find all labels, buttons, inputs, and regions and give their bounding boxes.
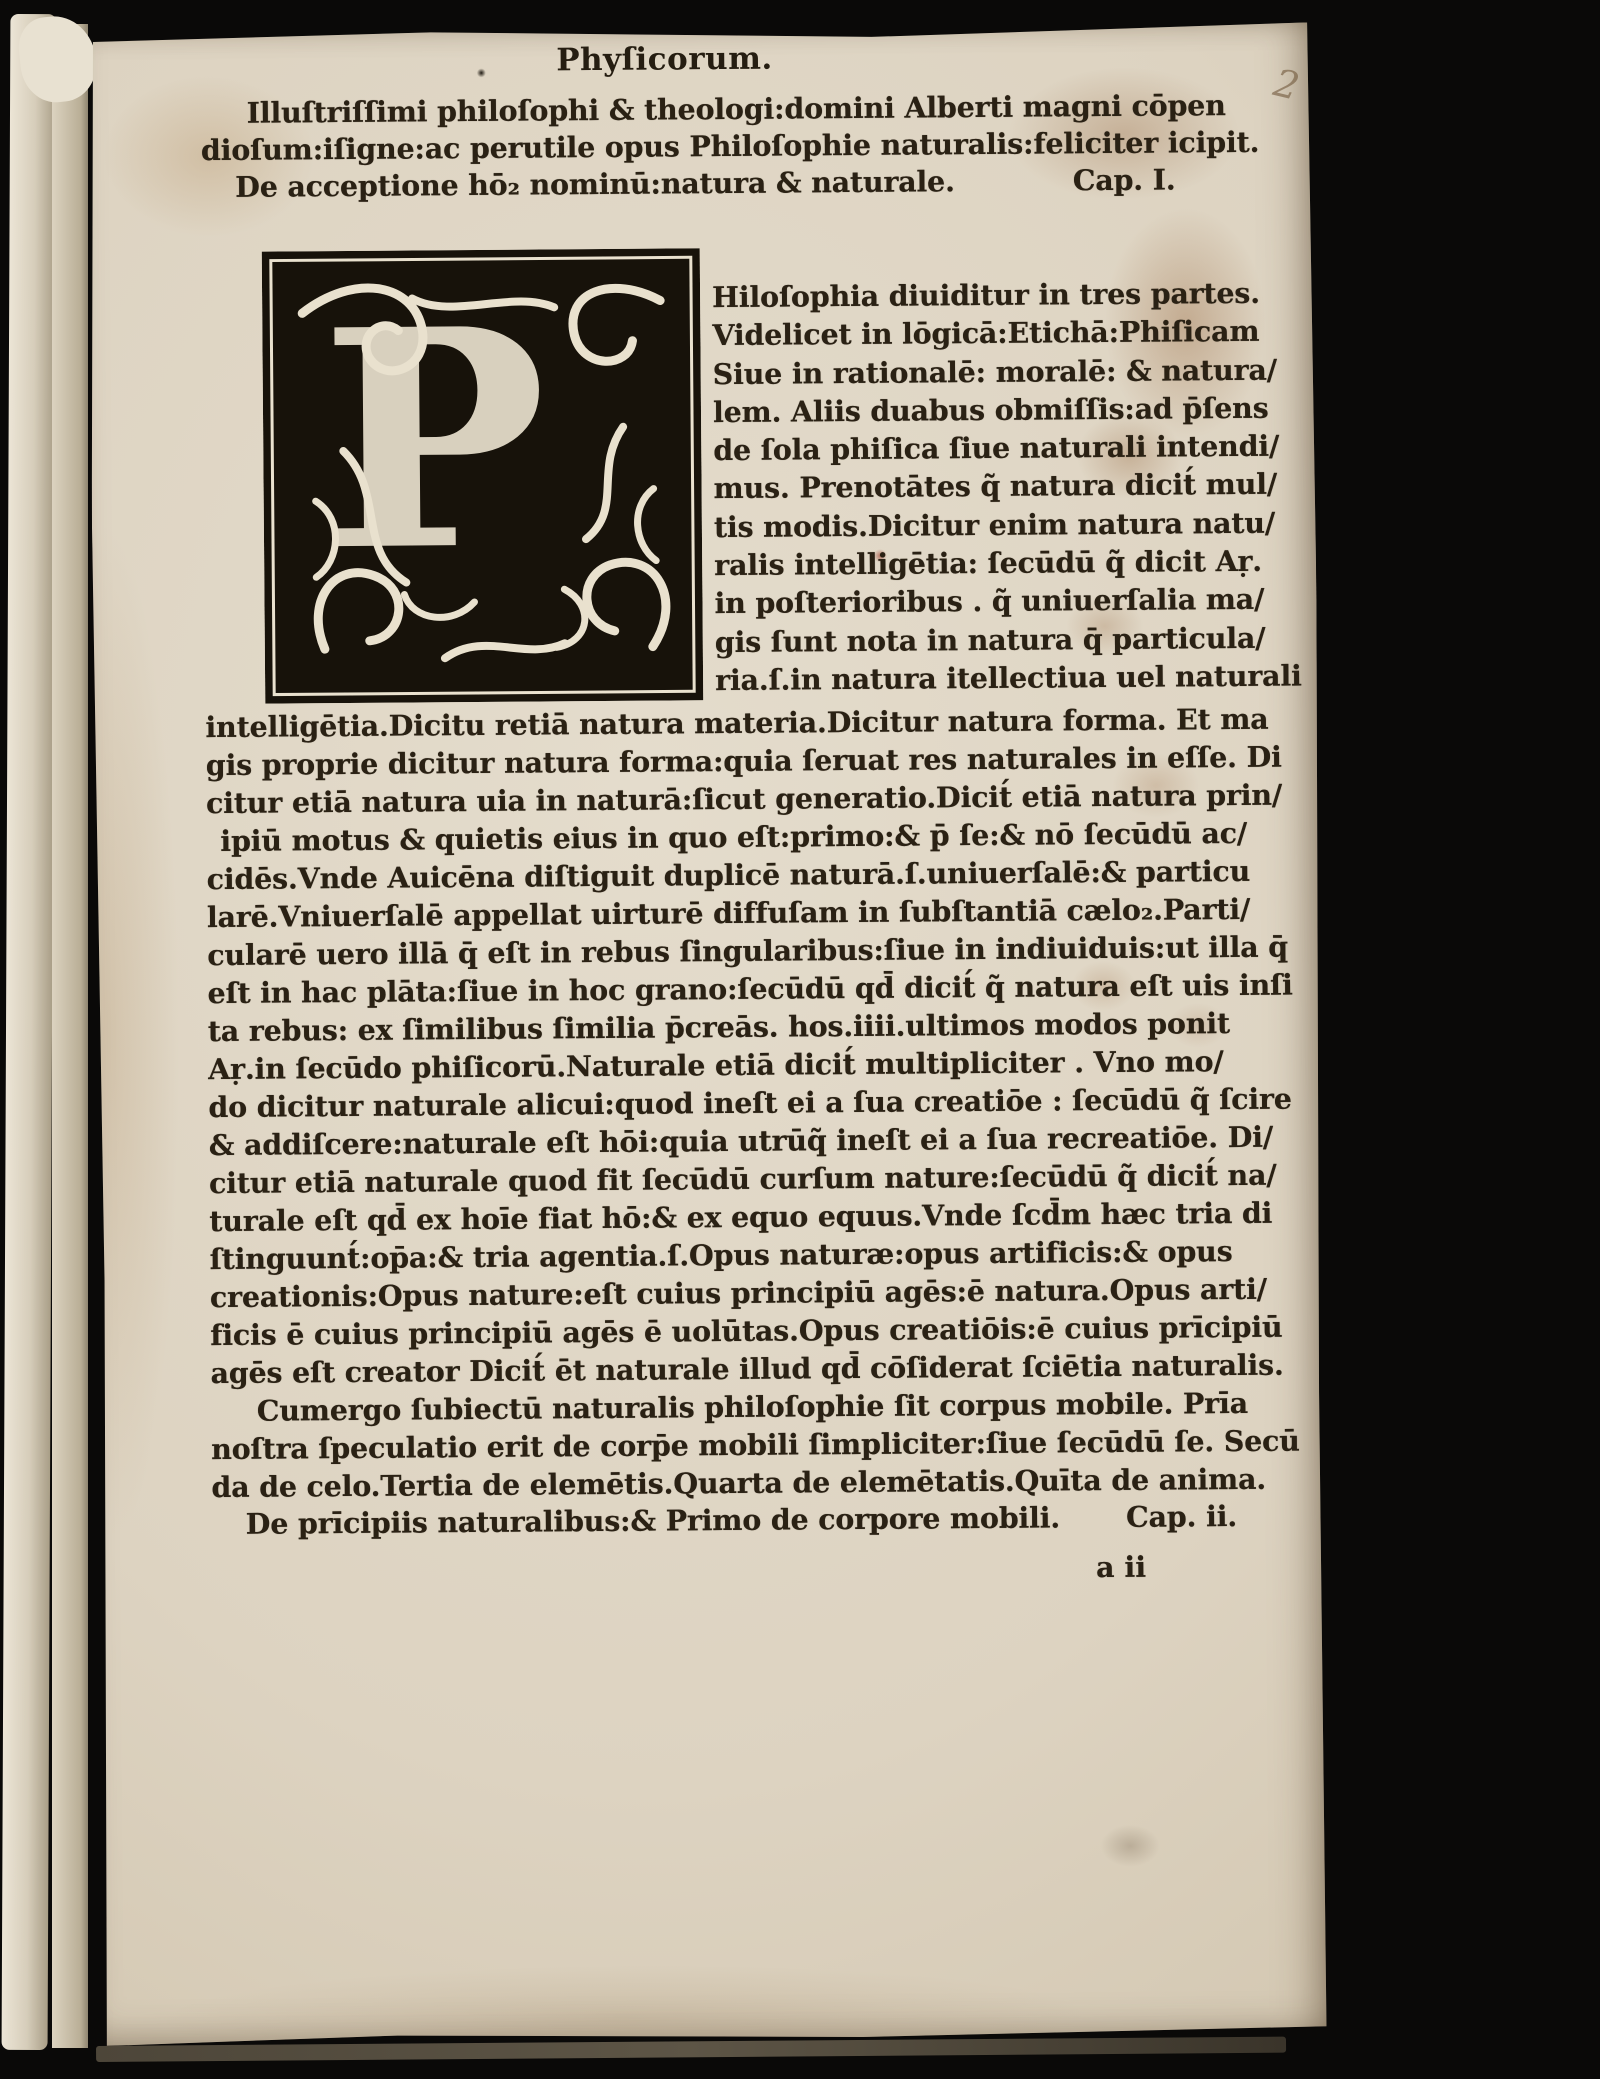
photograph-background: 2 Phyſicorum. Illuſtriſſimi philoſophi &… bbox=[0, 0, 1600, 2079]
running-title: Phyſicorum. bbox=[556, 41, 773, 79]
incipit-line-text: De acceptione hō₂ nominū:natura & natura… bbox=[235, 164, 955, 204]
spacer bbox=[955, 190, 1073, 191]
text-line: gis ſunt nota in natura q̄ particula/ bbox=[715, 618, 1302, 661]
folio-number: 2 bbox=[1270, 60, 1304, 108]
spacer bbox=[1060, 1527, 1126, 1528]
book-page: 2 Phyſicorum. Illuſtriſſimi philoſophi &… bbox=[88, 22, 1328, 2046]
text-line: Siue in rationalē: moralē: & natura/ bbox=[713, 350, 1300, 393]
signature-mark: a ii bbox=[1096, 1549, 1286, 1584]
text-line: Videlicet in lōgicā:Etichā:Phiſicam bbox=[712, 312, 1299, 355]
text-line: tis modis.Dicitur enim natura natu/ bbox=[714, 503, 1301, 546]
book-fore-edge-inner bbox=[52, 24, 88, 2048]
book-fore-edge-outer bbox=[2, 14, 57, 2050]
incipit-paragraph: Illuſtriſſimi philoſophi & theologi:domi… bbox=[200, 87, 1275, 206]
main-text: intelligētia.Dicitu retiā natura materia… bbox=[205, 700, 1284, 1392]
chapter-2-text: De prīcipiis naturalibus:& Primo de corp… bbox=[246, 1500, 1061, 1540]
opening-section: P Hiloſophia diuiditur in tres partes. V… bbox=[202, 244, 1280, 704]
closing-paragraph: Cumergo ſubiectū naturalis philoſophie ſ… bbox=[211, 1384, 1286, 1506]
chapter-1-label: Cap. I. bbox=[1073, 162, 1176, 197]
text-line: mus. Prenotātes q̃ natura dicit́ mul/ bbox=[713, 465, 1300, 508]
text-line: lem. Aliis duabus obmiſſis:ad p̄ſens bbox=[713, 388, 1300, 431]
opening-text-column: Hiloſophia diuiditur in tres partes. Vid… bbox=[712, 244, 1302, 701]
incipit-line: De acceptione hō₂ nominū:natura & natura… bbox=[201, 161, 1275, 206]
text-line: de ſola phiſica ſiue naturali intendi/ bbox=[713, 427, 1300, 470]
text-line: in poſterioribus . q̃ uniuerſalia ma/ bbox=[714, 580, 1301, 623]
chapter-2-label: Cap. ii. bbox=[1126, 1499, 1237, 1534]
text-line: ralis intelligētia: ſecūdū q̃ dicit Aṛ. bbox=[714, 542, 1301, 585]
drop-cap-letter: P bbox=[320, 289, 548, 591]
text-line: Hiloſophia diuiditur in tres partes. bbox=[712, 274, 1299, 317]
text-block: Illuſtriſſimi philoſophi & theologi:domi… bbox=[200, 87, 1286, 1591]
page-stack-edge bbox=[96, 2037, 1286, 2062]
chapter-2-heading: De prīcipiis naturalibus:& Primo de corp… bbox=[212, 1498, 1286, 1543]
woodcut-initial-P: P bbox=[262, 248, 704, 703]
text-line: ria.ſ.in natura itellectiua uel naturali bbox=[715, 656, 1302, 699]
